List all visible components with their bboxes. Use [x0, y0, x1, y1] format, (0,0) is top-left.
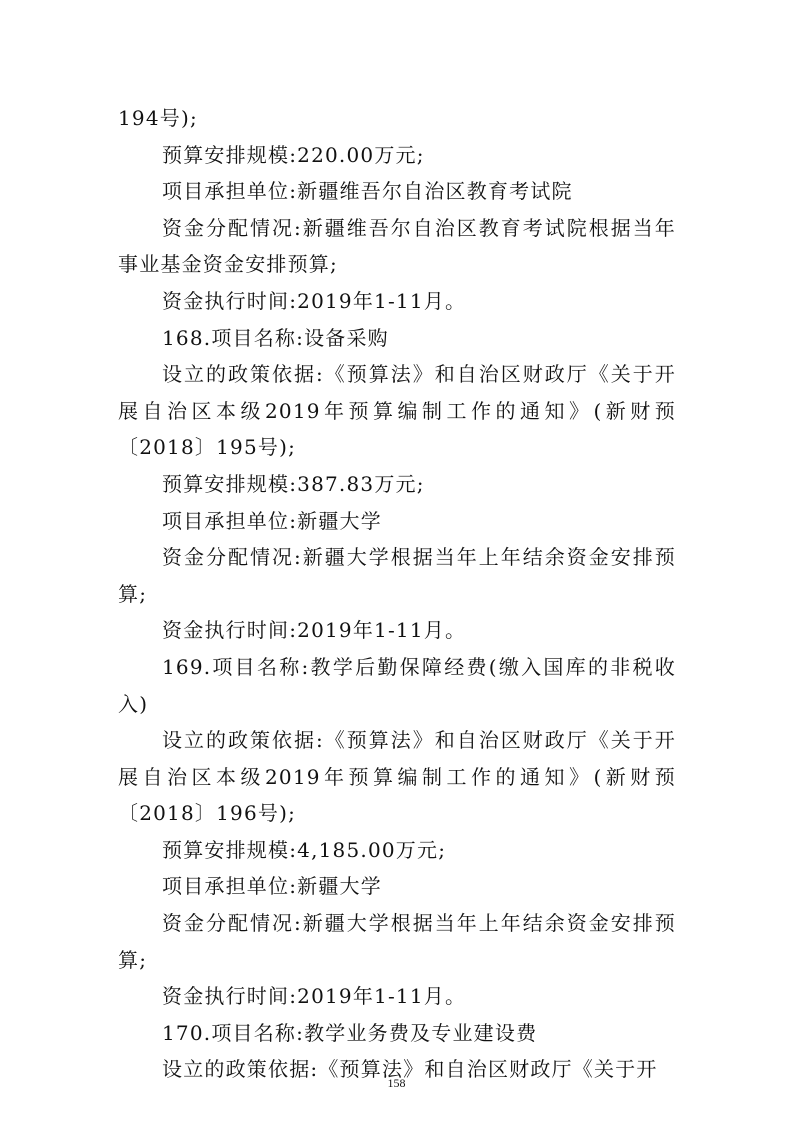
paragraph-project-168-budget: 预算安排规模:387.83万元; [118, 466, 676, 503]
paragraph-responsible-unit: 项目承担单位:新疆维吾尔自治区教育考试院 [118, 173, 676, 210]
paragraph-project-168-policy: 设立的政策依据:《预算法》和自治区财政厅《关于开展自治区本级2019年预算编制工… [118, 356, 676, 466]
paragraph-project-168-allocation: 资金分配情况:新疆大学根据当年上年结余资金安排预算; [118, 539, 676, 612]
document-body: 194号); 预算安排规模:220.00万元; 项目承担单位:新疆维吾尔自治区教… [118, 100, 676, 1088]
paragraph-project-169-unit: 项目承担单位:新疆大学 [118, 868, 676, 905]
paragraph-fund-allocation: 资金分配情况:新疆维吾尔自治区教育考试院根据当年事业基金资金安排预算; [118, 210, 676, 283]
paragraph-project-170-name: 170.项目名称:教学业务费及专业建设费 [118, 1015, 676, 1052]
paragraph-project-169-policy: 设立的政策依据:《预算法》和自治区财政厅《关于开展自治区本级2019年预算编制工… [118, 722, 676, 832]
paragraph-project-169-allocation: 资金分配情况:新疆大学根据当年上年结余资金安排预算; [118, 905, 676, 978]
page-number: 158 [0, 1076, 793, 1091]
paragraph-project-168-time: 资金执行时间:2019年1-11月。 [118, 612, 676, 649]
paragraph-project-168-name: 168.项目名称:设备采购 [118, 320, 676, 357]
paragraph-continuation-194: 194号); [118, 100, 676, 137]
paragraph-execution-time: 资金执行时间:2019年1-11月。 [118, 283, 676, 320]
paragraph-project-169-time: 资金执行时间:2019年1-11月。 [118, 978, 676, 1015]
paragraph-project-169-name: 169.项目名称:教学后勤保障经费(缴入国库的非税收入) [118, 649, 676, 722]
paragraph-project-169-budget: 预算安排规模:4,185.00万元; [118, 832, 676, 869]
paragraph-budget-scale: 预算安排规模:220.00万元; [118, 137, 676, 174]
paragraph-project-168-unit: 项目承担单位:新疆大学 [118, 503, 676, 540]
